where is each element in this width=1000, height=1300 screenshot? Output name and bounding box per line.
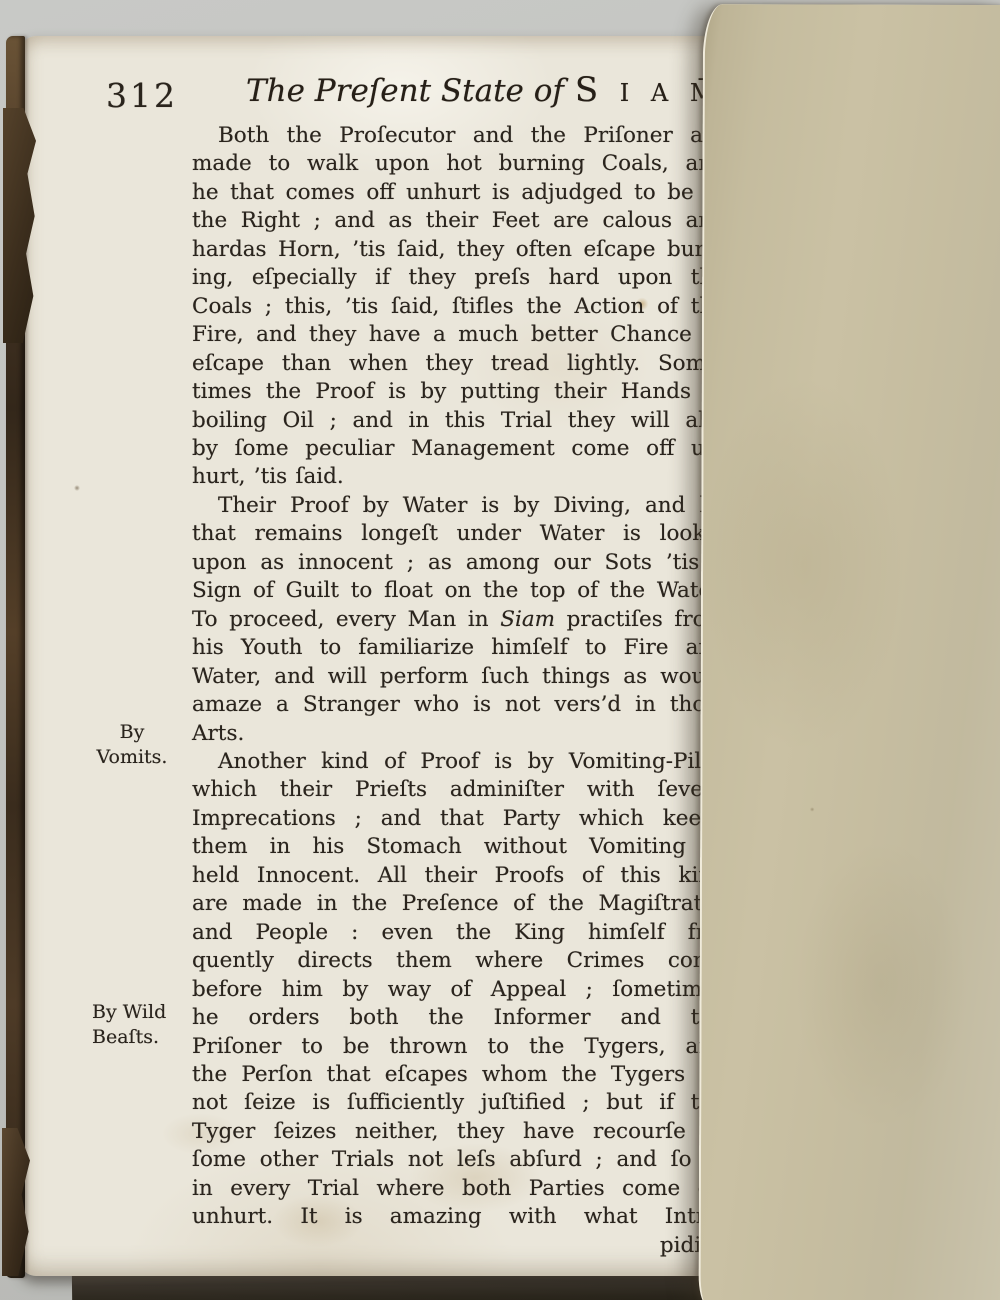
text-line: Both the Proſecutor and the Priſoner are <box>192 122 726 150</box>
text-line: ſome other Trials not leſs abſurd ; and … <box>192 1146 726 1174</box>
text-line: Coals ; this, ’tis ſaid, ſtifles the Act… <box>192 293 726 321</box>
text-line: Tyger ſeizes neither, they have recourſe… <box>192 1118 726 1146</box>
text-line: in every Trial where both Parties come o… <box>192 1175 726 1203</box>
text-line: made to walk upon hot burning Coals, and <box>192 150 726 178</box>
margin-note-line: Vomits. <box>76 745 188 770</box>
text-line: Water, and will perform ſuch things as w… <box>192 663 726 691</box>
text-line: To proceed, every Man in Siam practiſes … <box>192 606 726 634</box>
running-head: The Preſent State of S I A M̄. <box>252 70 730 110</box>
catchword: pidity <box>192 1232 726 1260</box>
book-photo-scene: 312 The Preſent State of S I A M̄. Both … <box>0 0 1000 1300</box>
left-page: 312 The Preſent State of S I A M̄. Both … <box>20 36 732 1276</box>
text-line: ing, eſpecially if they preſs hard upon … <box>192 264 726 292</box>
text-line: not ſeize is ſufficiently juſtified ; bu… <box>192 1089 726 1117</box>
text-line: them in his Stomach without Vomiting is <box>192 833 726 861</box>
text-line: Another kind of Proof is by Vomiting-Pil… <box>192 748 726 776</box>
text-line: amaze a Stranger who is not vers’d in th… <box>192 691 726 748</box>
text-line: times the Proof is by putting their Hand… <box>192 378 726 406</box>
text-line: his Youth to familiarize himſelf to Fire… <box>192 634 726 662</box>
text-line: the Perſon that eſcapes whom the Tygers … <box>192 1061 726 1089</box>
text-line: Imprecations ; and that Party which keep… <box>192 805 726 833</box>
text-line: are made in the Preſence of the Magiſtra… <box>192 890 726 918</box>
text-line: that remains longeſt under Water is look… <box>192 520 726 548</box>
text-line: by ſome peculiar Management come off un- <box>192 435 726 463</box>
text-line: hardas Horn, ’tis ſaid, they often eſcap… <box>192 236 726 264</box>
text-line: eſcape than when they tread lightly. Som… <box>192 350 726 378</box>
text-line: Sign of Guilt to float on the top of the… <box>192 577 726 605</box>
text-line: Fire, and they have a much better Chance… <box>192 321 726 349</box>
text-line: quently directs them where Crimes come <box>192 947 726 975</box>
text-line: unhurt. It is amazing with what Intre- <box>192 1203 726 1231</box>
text-line: held Innocent. All their Proofs of this … <box>192 862 726 890</box>
text-line: and People : even the King himſelf fre- <box>192 919 726 947</box>
page-body-text: Both the Proſecutor and the Priſoner are… <box>192 122 726 1260</box>
right-page-fore-edge <box>698 4 1000 1300</box>
text-line: boiling Oil ; and in this Trial they wil… <box>192 407 726 435</box>
margin-note-line: By Wild <box>92 1000 204 1025</box>
margin-note-line: By <box>76 720 188 745</box>
margin-note-vomits: ByVomits. <box>76 720 188 770</box>
text-line: before him by way of Appeal ; ſometimes <box>192 976 726 1004</box>
text-line: which their Prieſts adminiſter with ſeve… <box>192 776 726 804</box>
running-head-title: The Preſent State of <box>246 73 564 109</box>
text-line: Their Proof by Water is by Diving, and h… <box>192 492 726 520</box>
page-number: 312 <box>106 76 178 115</box>
text-line: he that comes off unhurt is adjudged to … <box>192 179 726 207</box>
margin-note-wild-beasts: By WildBeaſts. <box>92 1000 204 1050</box>
text-line: hurt, ’tis ſaid. <box>192 463 726 491</box>
text-line: he orders both the Informer and the <box>192 1004 726 1032</box>
text-line: Priſoner to be thrown to the Tygers, and <box>192 1033 726 1061</box>
text-line: the Right ; and as their Feet are calous… <box>192 207 726 235</box>
text-line: upon as innocent ; as among our Sots ’ti… <box>192 549 726 577</box>
margin-note-line: Beaſts. <box>92 1025 204 1050</box>
